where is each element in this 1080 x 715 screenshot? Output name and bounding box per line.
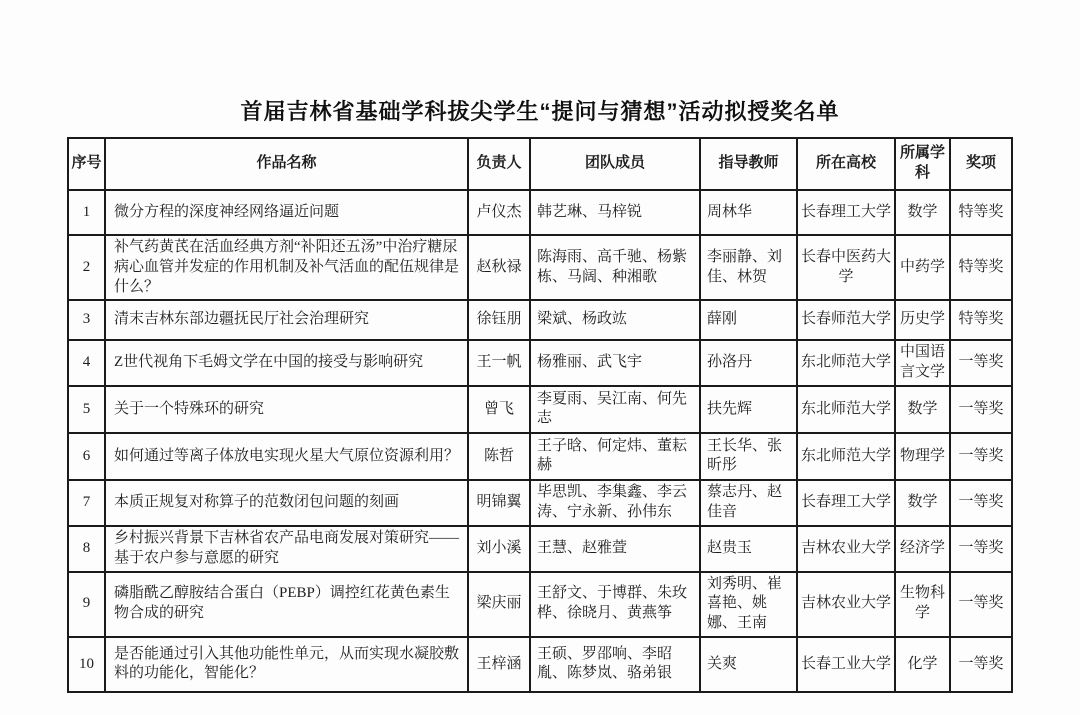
cell-discipline: 历史学	[895, 300, 950, 340]
cell-advisors: 关爽	[700, 637, 797, 692]
cell-discipline: 数学	[895, 480, 950, 526]
table-row: 3 清末吉林东部边疆抚民厅社会治理研究 徐钰朋 梁斌、杨政竑 薛刚 长春师范大学…	[68, 300, 1012, 340]
cell-award: 特等奖	[950, 235, 1012, 300]
cell-leader: 梁庆丽	[468, 572, 530, 637]
cell-serial-number: 7	[68, 480, 105, 526]
cell-serial-number: 8	[68, 526, 105, 572]
cell-discipline: 物理学	[895, 433, 950, 480]
cell-award: 一等奖	[950, 572, 1012, 637]
cell-team-members: 梁斌、杨政竑	[530, 300, 700, 340]
cell-work-title: 微分方程的深度神经网络逼近问题	[105, 190, 468, 235]
header-team-members: 团队成员	[530, 138, 700, 190]
header-award: 奖项	[950, 138, 1012, 190]
table-row: 6 如何通过等离子体放电实现火星大气原位资源利用？ 陈哲 王子晗、何定炜、董耘赫…	[68, 433, 1012, 480]
cell-award: 一等奖	[950, 433, 1012, 480]
table-body: 1 微分方程的深度神经网络逼近问题 卢仪杰 韩艺琳、马梓锐 周林华 长春理工大学…	[68, 190, 1012, 692]
cell-work-title: 是否能通过引入其他功能性单元，从而实现水凝胶敷料的功能化，智能化？	[105, 637, 468, 692]
table-row: 10 是否能通过引入其他功能性单元，从而实现水凝胶敷料的功能化，智能化？ 王梓涵…	[68, 637, 1012, 692]
cell-university: 东北师范大学	[797, 386, 895, 433]
cell-advisors: 周林华	[700, 190, 797, 235]
table-row: 1 微分方程的深度神经网络逼近问题 卢仪杰 韩艺琳、马梓锐 周林华 长春理工大学…	[68, 190, 1012, 235]
header-university: 所在高校	[797, 138, 895, 190]
cell-award: 一等奖	[950, 637, 1012, 692]
cell-discipline: 化学	[895, 637, 950, 692]
cell-advisors: 赵贵玉	[700, 526, 797, 572]
cell-discipline: 生物科学	[895, 572, 950, 637]
cell-university: 吉林农业大学	[797, 572, 895, 637]
header-work-title: 作品名称	[105, 138, 468, 190]
cell-university: 长春工业大学	[797, 637, 895, 692]
header-advisors: 指导教师	[700, 138, 797, 190]
cell-team-members: 王舒文、于博群、朱玫桦、徐晓月、黄燕筝	[530, 572, 700, 637]
cell-leader: 曾飞	[468, 386, 530, 433]
cell-award: 一等奖	[950, 480, 1012, 526]
cell-leader: 陈哲	[468, 433, 530, 480]
table-row: 5 关于一个特殊环的研究 曾飞 李夏雨、吴江南、何先志 扶先辉 东北师范大学 数…	[68, 386, 1012, 433]
cell-leader: 卢仪杰	[468, 190, 530, 235]
cell-discipline: 数学	[895, 190, 950, 235]
cell-team-members: 李夏雨、吴江南、何先志	[530, 386, 700, 433]
cell-discipline: 中国语言文学	[895, 340, 950, 386]
cell-advisors: 王长华、张昕彤	[700, 433, 797, 480]
table-row: 2 补气药黄芪在活血经典方剂“补阳还五汤”中治疗糖尿病心血管并发症的作用机制及补…	[68, 235, 1012, 300]
cell-advisors: 刘秀明、崔喜艳、姚娜、王南	[700, 572, 797, 637]
header-discipline: 所属学科	[895, 138, 950, 190]
cell-work-title: 清末吉林东部边疆抚民厅社会治理研究	[105, 300, 468, 340]
cell-work-title: 关于一个特殊环的研究	[105, 386, 468, 433]
cell-university: 长春理工大学	[797, 480, 895, 526]
cell-team-members: 王慧、赵雅萱	[530, 526, 700, 572]
cell-advisors: 蔡志丹、赵佳音	[700, 480, 797, 526]
cell-work-title: 本质正规复对称算子的范数闭包问题的刻画	[105, 480, 468, 526]
header-serial-number: 序号	[68, 138, 105, 190]
table-row: 7 本质正规复对称算子的范数闭包问题的刻画 明锦翼 毕思凯、李集鑫、李云涛、宁永…	[68, 480, 1012, 526]
cell-award: 一等奖	[950, 386, 1012, 433]
cell-team-members: 毕思凯、李集鑫、李云涛、宁永新、孙伟东	[530, 480, 700, 526]
cell-award: 一等奖	[950, 340, 1012, 386]
table-row: 8 乡村振兴背景下吉林省农产品电商发展对策研究——基于农户参与意愿的研究 刘小溪…	[68, 526, 1012, 572]
table-row: 9 磷脂酰乙醇胺结合蛋白（PEBP）调控红花黄色素生物合成的研究 梁庆丽 王舒文…	[68, 572, 1012, 637]
cell-advisors: 扶先辉	[700, 386, 797, 433]
cell-university: 东北师范大学	[797, 340, 895, 386]
cell-team-members: 杨雅丽、武飞宇	[530, 340, 700, 386]
cell-serial-number: 6	[68, 433, 105, 480]
cell-team-members: 王硕、罗邵响、李昭胤、陈梦岚、骆弟银	[530, 637, 700, 692]
cell-serial-number: 10	[68, 637, 105, 692]
cell-university: 长春理工大学	[797, 190, 895, 235]
document-page: 首届吉林省基础学科拔尖学生“提问与猜想”活动拟授奖名单 序号 作品名称 负责人 …	[0, 0, 1080, 715]
cell-award: 一等奖	[950, 526, 1012, 572]
cell-leader: 王梓涵	[468, 637, 530, 692]
cell-university: 吉林农业大学	[797, 526, 895, 572]
cell-leader: 徐钰朋	[468, 300, 530, 340]
cell-discipline: 数学	[895, 386, 950, 433]
cell-discipline: 经济学	[895, 526, 950, 572]
cell-team-members: 韩艺琳、马梓锐	[530, 190, 700, 235]
cell-discipline: 中药学	[895, 235, 950, 300]
cell-work-title: 补气药黄芪在活血经典方剂“补阳还五汤”中治疗糖尿病心血管并发症的作用机制及补气活…	[105, 235, 468, 300]
cell-leader: 赵秋禄	[468, 235, 530, 300]
cell-work-title: 乡村振兴背景下吉林省农产品电商发展对策研究——基于农户参与意愿的研究	[105, 526, 468, 572]
cell-advisors: 孙洛丹	[700, 340, 797, 386]
cell-award: 特等奖	[950, 300, 1012, 340]
cell-leader: 明锦翼	[468, 480, 530, 526]
cell-team-members: 王子晗、何定炜、董耘赫	[530, 433, 700, 480]
cell-award: 特等奖	[950, 190, 1012, 235]
header-leader: 负责人	[468, 138, 530, 190]
cell-work-title: 磷脂酰乙醇胺结合蛋白（PEBP）调控红花黄色素生物合成的研究	[105, 572, 468, 637]
cell-university: 长春师范大学	[797, 300, 895, 340]
cell-advisors: 李丽静、刘佳、林贺	[700, 235, 797, 300]
cell-university: 长春中医药大学	[797, 235, 895, 300]
cell-serial-number: 3	[68, 300, 105, 340]
table-header-row: 序号 作品名称 负责人 团队成员 指导教师 所在高校 所属学科 奖项	[68, 138, 1012, 190]
cell-work-title: 如何通过等离子体放电实现火星大气原位资源利用？	[105, 433, 468, 480]
cell-team-members: 陈海雨、高千驰、杨紫栋、马阔、种湘歌	[530, 235, 700, 300]
award-table: 序号 作品名称 负责人 团队成员 指导教师 所在高校 所属学科 奖项 1 微分方…	[67, 137, 1013, 693]
table-row: 4 Z世代视角下毛姆文学在中国的接受与影响研究 王一帆 杨雅丽、武飞宇 孙洛丹 …	[68, 340, 1012, 386]
cell-serial-number: 1	[68, 190, 105, 235]
cell-serial-number: 4	[68, 340, 105, 386]
page-title: 首届吉林省基础学科拔尖学生“提问与猜想”活动拟授奖名单	[0, 0, 1080, 137]
cell-serial-number: 9	[68, 572, 105, 637]
cell-leader: 刘小溪	[468, 526, 530, 572]
cell-university: 东北师范大学	[797, 433, 895, 480]
cell-serial-number: 5	[68, 386, 105, 433]
cell-advisors: 薛刚	[700, 300, 797, 340]
cell-serial-number: 2	[68, 235, 105, 300]
cell-leader: 王一帆	[468, 340, 530, 386]
cell-work-title: Z世代视角下毛姆文学在中国的接受与影响研究	[105, 340, 468, 386]
